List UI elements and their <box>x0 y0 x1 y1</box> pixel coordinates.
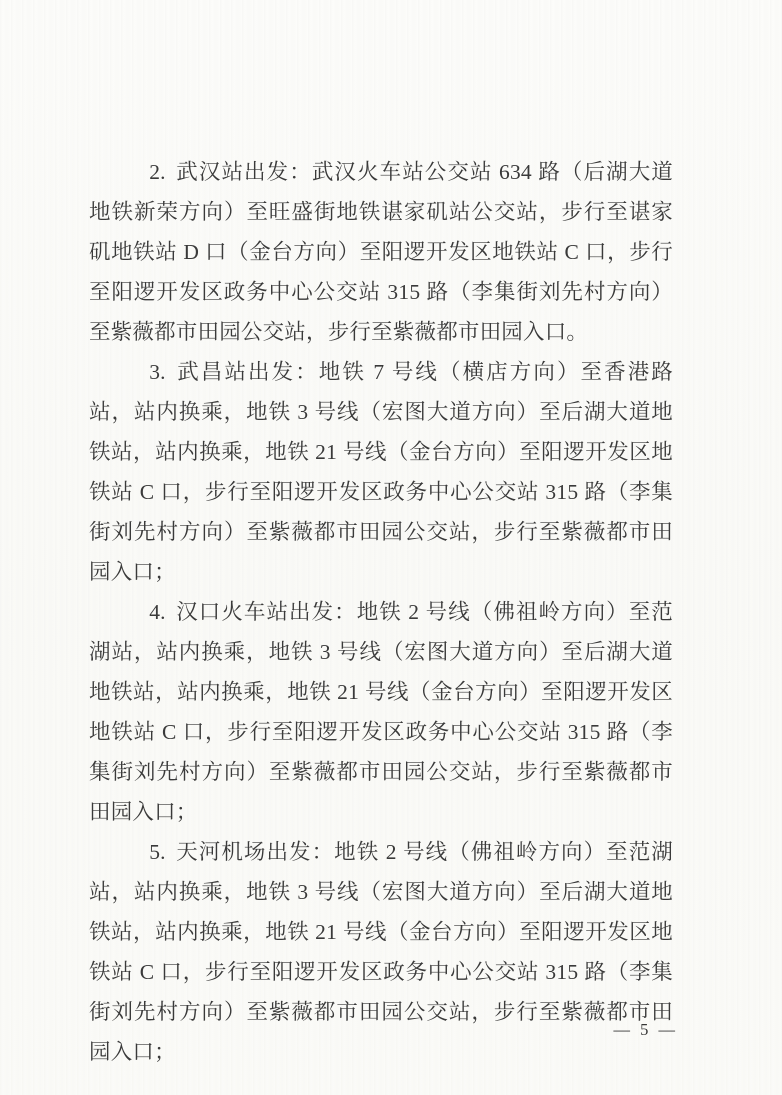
document-body: 2.武汉站出发：武汉火车站公交站 634 路（后湖大道地铁新荣方向）至旺盛街地铁… <box>89 152 673 1072</box>
paragraph-number: 4. <box>149 600 166 624</box>
route-paragraph-wuhan-station: 2.武汉站出发：武汉火车站公交站 634 路（后湖大道地铁新荣方向）至旺盛街地铁… <box>89 152 673 352</box>
paragraph-text: 武汉站出发：武汉火车站公交站 634 路（后湖大道地铁新荣方向）至旺盛街地铁谌家… <box>89 160 673 344</box>
route-paragraph-tianhe-airport: 5.天河机场出发：地铁 2 号线（佛祖岭方向）至范湖站，站内换乘，地铁 3 号线… <box>89 832 673 1072</box>
page-number: — 5 — <box>614 1020 679 1039</box>
paragraph-number: 2. <box>149 160 166 184</box>
paragraph-number: 3. <box>149 360 166 384</box>
paragraph-number: 5. <box>149 840 166 864</box>
paragraph-text: 天河机场出发：地铁 2 号线（佛祖岭方向）至范湖站，站内换乘，地铁 3 号线（宏… <box>89 840 673 1064</box>
route-paragraph-hankou-railway-station: 4.汉口火车站出发：地铁 2 号线（佛祖岭方向）至范湖站，站内换乘，地铁 3 号… <box>89 592 673 832</box>
paragraph-text: 武昌站出发：地铁 7 号线（横店方向）至香港路站，站内换乘，地铁 3 号线（宏图… <box>89 360 673 584</box>
route-paragraph-wuchang-station: 3.武昌站出发：地铁 7 号线（横店方向）至香港路站，站内换乘，地铁 3 号线（… <box>89 352 673 592</box>
page-footer: — 5 — <box>614 1020 679 1040</box>
paragraph-text: 汉口火车站出发：地铁 2 号线（佛祖岭方向）至范湖站，站内换乘，地铁 3 号线（… <box>89 600 673 824</box>
